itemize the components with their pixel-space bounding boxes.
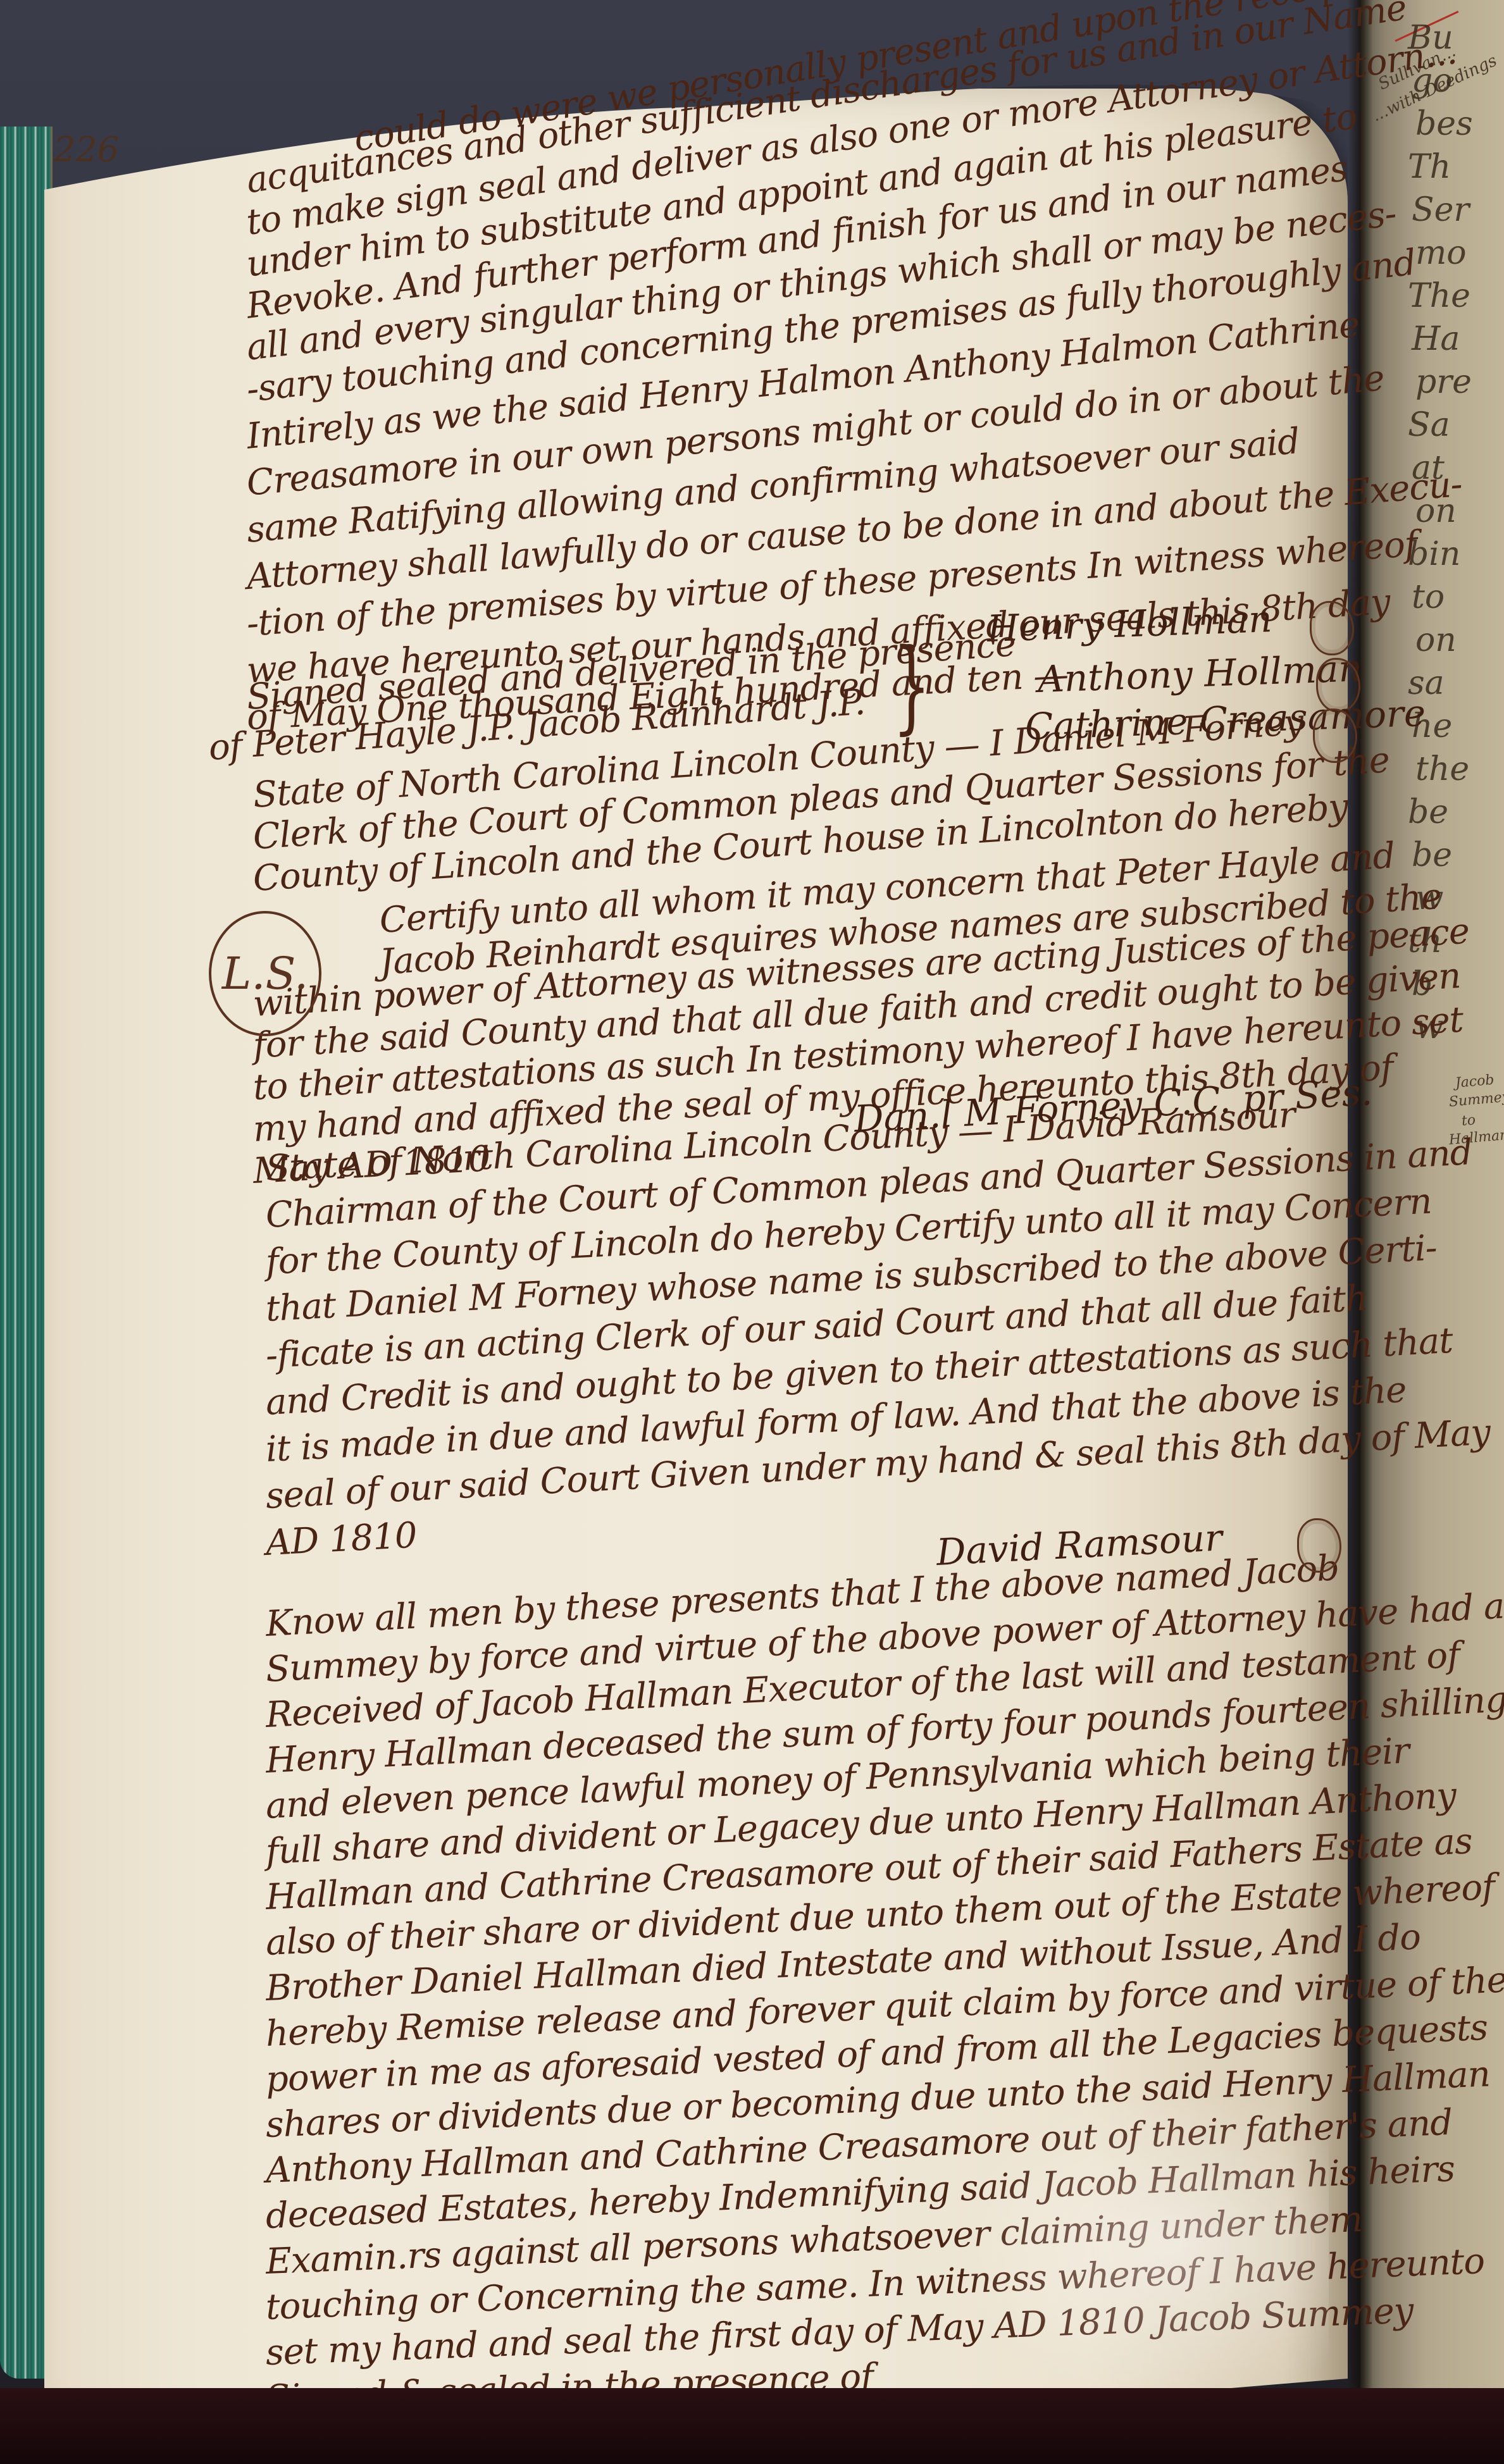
facing-lower-note: Jacob xyxy=(1455,1072,1495,1091)
table-surface xyxy=(0,2388,1504,2464)
brace-icon: } xyxy=(892,626,931,745)
facing-page-line: Ser xyxy=(1412,191,1469,229)
facing-page-line: pre xyxy=(1415,363,1472,401)
facing-page-line: on xyxy=(1415,621,1457,659)
facing-page-line: be xyxy=(1408,793,1448,831)
facing-page-line: mo xyxy=(1415,234,1467,272)
page-number: 226 xyxy=(54,130,119,170)
facing-page-line: the xyxy=(1415,750,1469,788)
facing-page-line: Sa xyxy=(1408,406,1450,444)
facing-page-line: Th xyxy=(1408,148,1451,186)
seal-icon xyxy=(1313,709,1357,763)
seal-icon xyxy=(1297,1518,1341,1573)
facing-page-line: bes xyxy=(1415,105,1473,143)
facing-page-line: be xyxy=(1412,836,1452,874)
photo-scene: Sullivan... ...with Deedings BugobesThSe… xyxy=(0,0,1504,2464)
chairman-certificate-line: AD 1810 xyxy=(264,1515,418,1564)
facing-page-line: to xyxy=(1412,578,1445,616)
facing-page-line: Ha xyxy=(1412,320,1460,358)
locus-sigilli-seal: L.S. xyxy=(209,911,321,1036)
facing-lower-note: to xyxy=(1461,1112,1476,1129)
